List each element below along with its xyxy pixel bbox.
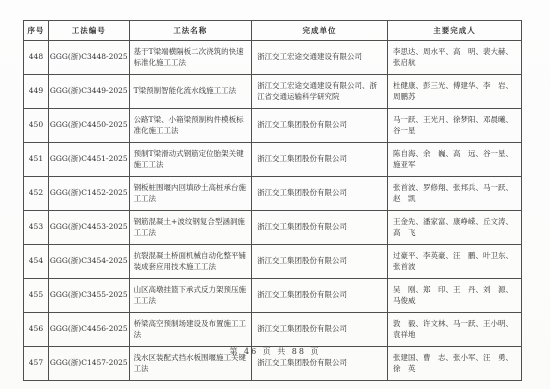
- main-completers-cell: 张首波、罗修翔、张邦兵、马一跃、赵 凯: [388, 177, 522, 211]
- method-code-cell: GGG(浙)C4451-2025: [48, 143, 129, 177]
- table-row: 454GGG(浙)C3454-2025抗裂混凝土桥面机械自动化整平铺装成套应用技…: [24, 245, 522, 279]
- main-completers-cell: 王金先、潘家富、康峥嵘、丘文涛、高 飞: [388, 211, 522, 245]
- method-code-cell: GGG(浙)C3449-2025: [48, 75, 129, 109]
- table-row: 448GGG(浙)C3448-2025基于T梁端横隔板二次浇筑的快速标准化施工工…: [24, 41, 522, 75]
- method-code-cell: GGG(浙)C4456-2025: [48, 313, 129, 347]
- completing-unit-cell: 浙江交工集团股份有限公司: [252, 143, 388, 177]
- completing-unit-cell: 浙江交工集团股份有限公司: [252, 211, 388, 245]
- table-row: 453GGG(浙)C4453-2025钢筋混凝土+波纹钢复合型涵洞施工工法浙江交…: [24, 211, 522, 245]
- main-completers-cell: 李思达、周水平、高 明、裴大赫、张启航: [388, 41, 522, 75]
- method-code-cell: GGG(浙)C1452-2025: [48, 177, 129, 211]
- table-row: 455GGG(浙)C3455-2025山区高墩挂篮下承式反力架预压施工工法浙江交…: [24, 279, 522, 313]
- method-name-cell: 钢筋混凝土+波纹钢复合型涵洞施工工法: [129, 211, 252, 245]
- completing-unit-cell: 浙江交工集团股份有限公司: [252, 177, 388, 211]
- method-name-cell: 预制T梁滑动式钢筋定位胎架关键施工工法: [129, 143, 252, 177]
- header-name: 工法名称: [129, 21, 252, 41]
- main-completers-cell: 吴 刚、郑 印、王 丹、刘 源、马俊威: [388, 279, 522, 313]
- table-row: 449GGG(浙)C3449-2025T梁预制智能化流水线施工工法浙江交工宏途交…: [24, 75, 522, 109]
- header-unit: 完成单位: [252, 21, 388, 41]
- main-completers-cell: 敦 毅、许文林、马一跃、王小明、袁祥地: [388, 313, 522, 347]
- header-people: 主要完成人: [388, 21, 522, 41]
- page-number-footer: 第 46 页 共 88 页: [0, 346, 550, 357]
- header-code: 工法编号: [48, 21, 129, 41]
- table-row: 451GGG(浙)C4451-2025预制T梁滑动式钢筋定位胎架关键施工工法浙江…: [24, 143, 522, 177]
- table-row: 450GGG(浙)C4450-2025公路T梁、小箱梁预制构件模板标准化施工工法…: [24, 109, 522, 143]
- main-completers-cell: 陈自海、余 巍、高 远、谷一星、施亚军: [388, 143, 522, 177]
- serial-cell: 451: [24, 143, 49, 177]
- method-name-cell: 山区高墩挂篮下承式反力架预压施工工法: [129, 279, 252, 313]
- method-name-cell: 钢板桩围堰内回填砂土高桩承台施工工法: [129, 177, 252, 211]
- method-code-cell: GGG(浙)C3454-2025: [48, 245, 129, 279]
- table-row: 456GGG(浙)C4456-2025桥梁高空预制场建设及布置施工工法浙江交工集…: [24, 313, 522, 347]
- method-name-cell: 基于T梁端横隔板二次浇筑的快速标准化施工工法: [129, 41, 252, 75]
- serial-cell: 449: [24, 75, 49, 109]
- header-serial: 序号: [24, 21, 49, 41]
- method-name-cell: 公路T梁、小箱梁预制构件模板标准化施工工法: [129, 109, 252, 143]
- completing-unit-cell: 浙江交工宏途交通建设有限公司、浙江省交通运输科学研究院: [252, 75, 388, 109]
- completing-unit-cell: 浙江交工集团股份有限公司: [252, 313, 388, 347]
- completing-unit-cell: 浙江交工集团股份有限公司: [252, 245, 388, 279]
- construction-methods-table: 序号 工法编号 工法名称 完成单位 主要完成人 448GGG(浙)C3448-2…: [23, 20, 522, 381]
- completing-unit-cell: 浙江交工集团股份有限公司: [252, 109, 388, 143]
- serial-cell: 450: [24, 109, 49, 143]
- method-code-cell: GGG(浙)C4450-2025: [48, 109, 129, 143]
- serial-cell: 453: [24, 211, 49, 245]
- table-row: 452GGG(浙)C1452-2025钢板桩围堰内回填砂土高桩承台施工工法浙江交…: [24, 177, 522, 211]
- method-name-cell: T梁预制智能化流水线施工工法: [129, 75, 252, 109]
- main-completers-cell: 马一跃、王光月、徐梦阳、邓晨曦、谷一星: [388, 109, 522, 143]
- main-completers-cell: 过豪平、李英豪、汪 鹏、叶卫东、张首波: [388, 245, 522, 279]
- method-code-cell: GGG(浙)C3455-2025: [48, 279, 129, 313]
- table-header: 序号 工法编号 工法名称 完成单位 主要完成人: [24, 21, 522, 41]
- method-name-cell: 桥梁高空预制场建设及布置施工工法: [129, 313, 252, 347]
- completing-unit-cell: 浙江交工集团股份有限公司: [252, 279, 388, 313]
- main-completers-cell: 杜健康、彭三光、傅建华、李 岩、周鹏苏: [388, 75, 522, 109]
- serial-cell: 454: [24, 245, 49, 279]
- method-code-cell: GGG(浙)C4453-2025: [48, 211, 129, 245]
- serial-cell: 452: [24, 177, 49, 211]
- serial-cell: 448: [24, 41, 49, 75]
- serial-cell: 456: [24, 313, 49, 347]
- method-name-cell: 抗裂混凝土桥面机械自动化整平铺装成套应用技术施工工法: [129, 245, 252, 279]
- serial-cell: 455: [24, 279, 49, 313]
- table-body: 448GGG(浙)C3448-2025基于T梁端横隔板二次浇筑的快速标准化施工工…: [24, 41, 522, 381]
- completing-unit-cell: 浙江交工宏途交通建设有限公司: [252, 41, 388, 75]
- table-header-row: 序号 工法编号 工法名称 完成单位 主要完成人: [24, 21, 522, 41]
- document-page: 序号 工法编号 工法名称 完成单位 主要完成人 448GGG(浙)C3448-2…: [0, 0, 550, 389]
- method-code-cell: GGG(浙)C3448-2025: [48, 41, 129, 75]
